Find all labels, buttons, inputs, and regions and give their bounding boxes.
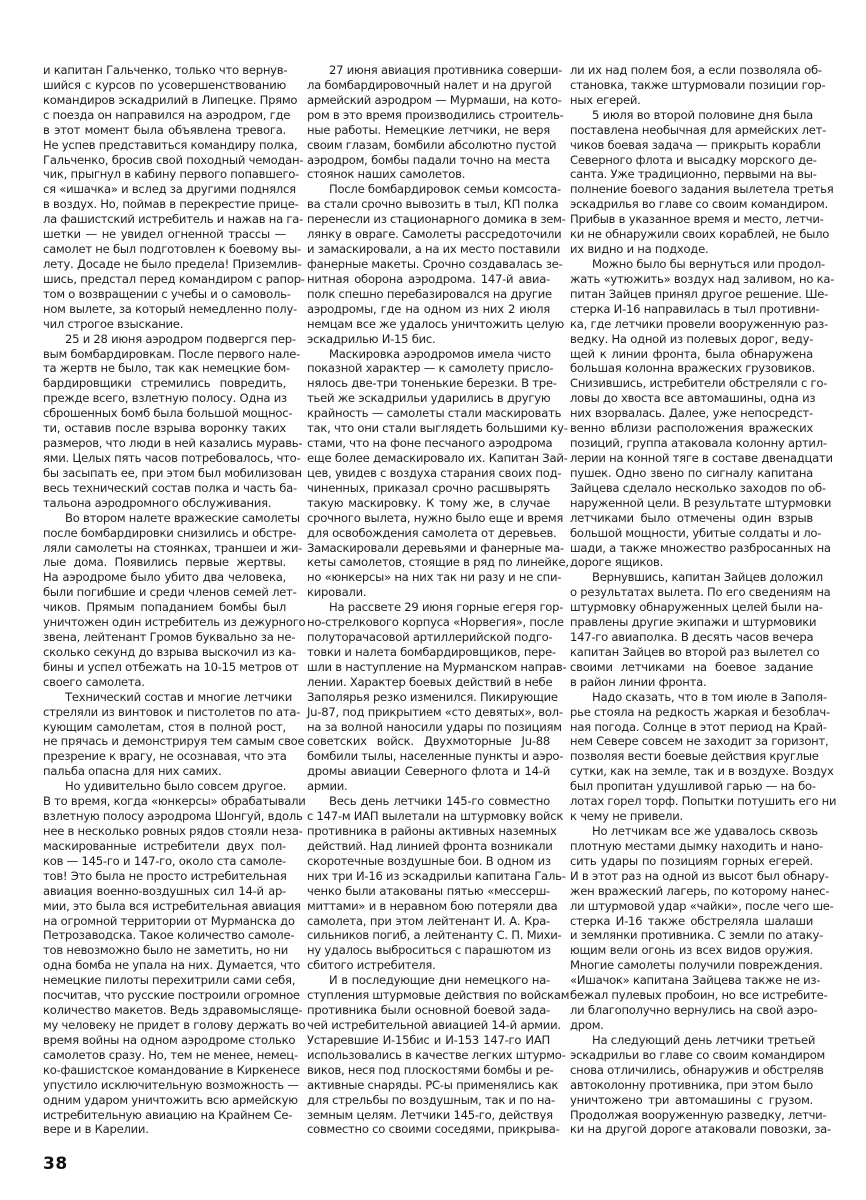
text-line: ков — 145-го и 147-го, около ста самоле- bbox=[43, 854, 286, 869]
text-line: еще более демаскировало их. Капитан Зай- bbox=[307, 451, 550, 466]
text-line: Но удивительно было совсем другое. bbox=[43, 779, 286, 794]
text-line: для освобождения самолета от деревьев. bbox=[307, 526, 550, 541]
text-line: ли их над полем боя, а если позволяла об… bbox=[570, 63, 813, 78]
text-line: ки на другой дороге атаковали повозки, з… bbox=[570, 1122, 813, 1137]
text-line: противника в районы активных наземных bbox=[307, 824, 550, 839]
text-line: крайность — самолеты стали маскировать bbox=[307, 406, 550, 421]
paragraph: Маскировка аэродромов имела чистопоказно… bbox=[307, 347, 550, 601]
text-line: время войны на одном аэродроме столько bbox=[43, 1033, 286, 1048]
text-line: авиация военно-воздушных сил 14-й ар- bbox=[43, 884, 286, 899]
text-line: своими летчиками на боевое задание bbox=[570, 660, 813, 675]
text-line: немцам все же удалось уничтожить целую bbox=[307, 317, 550, 332]
text-line: ром в это время производились строитель- bbox=[307, 108, 550, 123]
page-number: 38 bbox=[43, 1154, 68, 1174]
text-line: прежде всего, взлетную полосу. Одна из bbox=[43, 391, 286, 406]
text-line: армейский аэродром — Мурмаши, на кото- bbox=[307, 93, 550, 108]
text-line: ли штурмовой удар «чайки», после чего ше… bbox=[570, 899, 813, 914]
text-line: вере и в Карелии. bbox=[43, 1122, 286, 1137]
text-line: в этот момент была объявлена тревога. bbox=[43, 123, 286, 138]
text-line: одна бомба не упала на них. Думается, чт… bbox=[43, 958, 286, 973]
text-line: наруженной цели. В результате штурмовки bbox=[570, 496, 813, 511]
text-line: эскадрильи во главе со своим командиром bbox=[570, 1048, 813, 1063]
text-line: упустило исключительную возможность — bbox=[43, 1078, 286, 1093]
text-line: к чему не привели. bbox=[570, 809, 813, 824]
text-line: становка, также штурмовали позиции гор- bbox=[570, 78, 813, 93]
text-line: с поезда он направился на аэродром, где bbox=[43, 108, 286, 123]
text-line: Северного флота и высадку морского де- bbox=[570, 153, 813, 168]
text-line: 27 июня авиация противника соверши- bbox=[307, 63, 550, 78]
text-line: не прячась и демонстрируя тем самым свое bbox=[43, 734, 286, 749]
text-line: снова отличились, обнаружив и обстреляв bbox=[570, 1063, 813, 1078]
paragraph: После бомбардировок семьи комсоста-ва ст… bbox=[307, 182, 550, 346]
text-line: уничтожено три автомашины с грузом. bbox=[570, 1093, 813, 1108]
paragraph: Весь день летчики 145-го совместнос 147-… bbox=[307, 794, 550, 973]
text-line: чиков боевая задача — прикрыть корабли bbox=[570, 138, 813, 153]
text-line: Продолжая вооруженную разведку, летчи- bbox=[570, 1108, 813, 1123]
paragraph: Можно было бы вернуться или продол-жать … bbox=[570, 257, 813, 570]
paragraph: и капитан Гальченко, только что вернув-ш… bbox=[43, 63, 286, 332]
text-line: самолета, при этом лейтенант И. А. Кра- bbox=[307, 914, 550, 929]
text-line: автоколонну противника, при этом было bbox=[570, 1078, 813, 1093]
text-line: Но летчикам все же удавалось сквозь bbox=[570, 824, 813, 839]
text-line: ющим вели огонь из всех видов оружия. bbox=[570, 943, 813, 958]
text-line: кировали. bbox=[307, 585, 550, 600]
paragraph: 5 июля во второй половине дня былапостав… bbox=[570, 108, 813, 257]
text-line: сильников погиб, а лейтенанту С. П. Михи… bbox=[307, 928, 550, 943]
text-line: тьей же эскадрильи ударились в другую bbox=[307, 391, 550, 406]
text-line: противника были основной боевой зада- bbox=[307, 1003, 550, 1018]
text-line: командиров эскадрилий в Липецке. Прямо bbox=[43, 93, 286, 108]
text-line: стреляли из винтовок и пистолетов по ата… bbox=[43, 705, 286, 720]
text-line: позиций, группа атаковала колонну артил- bbox=[570, 436, 813, 451]
text-line: ко-фашистское командование в Киркенесе bbox=[43, 1063, 286, 1078]
text-column-3: ли их над полем боя, а если позволяла об… bbox=[570, 63, 813, 1137]
text-line: на огромной территории от Мурманска до bbox=[43, 914, 286, 929]
text-line: пальба опасна для них самих. bbox=[43, 764, 286, 779]
text-line: Замаскировали деревьями и фанерные ма- bbox=[307, 541, 550, 556]
text-line: армии. bbox=[307, 779, 550, 794]
text-line: шетки — не увидел огненной трассы — bbox=[43, 227, 286, 242]
text-line: бины и успел отбежать на 10-15 метров от bbox=[43, 660, 286, 675]
text-line: стами, что на фоне песчаного аэродрома bbox=[307, 436, 550, 451]
text-line: сколько секунд до взрыва выскочил из ка- bbox=[43, 645, 286, 660]
text-line: щей к линии фронта, была обнаружена bbox=[570, 347, 813, 362]
text-line: в воздух. Но, поймав в перекрестие прице… bbox=[43, 197, 286, 212]
text-line: ла бомбардировочный налет и на другой bbox=[307, 78, 550, 93]
text-line: взлетную полосу аэродрома Шонгуй, вдоль bbox=[43, 809, 286, 824]
text-line: фанерные макеты. Срочно создавалась зе- bbox=[307, 257, 550, 272]
text-line: одним ударом уничтожить всю армейскую bbox=[43, 1093, 286, 1108]
text-line: активные снаряды. РС-ы применялись как bbox=[307, 1078, 550, 1093]
text-line: пушек. Одно звено по сигналу капитана bbox=[570, 466, 813, 481]
text-line: Во втором налете вражеские самолеты bbox=[43, 511, 286, 526]
paragraph: ли их над полем боя, а если позволяла об… bbox=[570, 63, 813, 108]
text-line: полуторачасовой артиллерийской подго- bbox=[307, 630, 550, 645]
text-line: дромы авиации Северного флота и 14-й bbox=[307, 764, 550, 779]
text-line: действий. Над линией фронта возникали bbox=[307, 839, 550, 854]
text-line: их видно и на подходе. bbox=[570, 242, 813, 257]
text-line: лые дома. Появились первые жертвы. bbox=[43, 555, 286, 570]
text-line: бежал пулевых пробоин, но все истребите- bbox=[570, 988, 813, 1003]
text-line: ти, оставив после взрыва воронку таких bbox=[43, 421, 286, 436]
text-line: венно вблизи расположения вражеских bbox=[570, 421, 813, 436]
text-line: полк спешно перебазировался на другие bbox=[307, 287, 550, 302]
text-line: чей истребительной авиацией 14-й армии. bbox=[307, 1018, 550, 1033]
text-line: срочного вылета, нужно было еще и время bbox=[307, 511, 550, 526]
text-line: Весь день летчики 145-го совместно bbox=[307, 794, 550, 809]
text-line: звена, лейтенант Громов буквально за не- bbox=[43, 630, 286, 645]
text-line: нем Севере совсем не заходит за горизонт… bbox=[570, 734, 813, 749]
text-line: На аэродроме было убито два человека, bbox=[43, 570, 286, 585]
text-line: эскадрилью И-15 бис. bbox=[307, 332, 550, 347]
text-line: поставлена необычная для армейских лет- bbox=[570, 123, 813, 138]
text-line: шли в наступление на Мурманском направ- bbox=[307, 660, 550, 675]
text-line: немецкие пилоты перехитрили сами себя, bbox=[43, 973, 286, 988]
text-line: Петрозаводска. Такое количество самоле- bbox=[43, 928, 286, 943]
text-line: так, что они стали выглядеть большими ку… bbox=[307, 421, 550, 436]
text-line: виков, неся под плоскостями бомбы и ре- bbox=[307, 1063, 550, 1078]
text-line: жать «утюжить» воздух над заливом, но ка… bbox=[570, 272, 813, 287]
text-line: бы засыпать ее, при этом был мобилизован bbox=[43, 466, 286, 481]
text-line: ляли самолеты на стоянках, траншеи и жи- bbox=[43, 541, 286, 556]
text-line: лении. Характер боевых действий в небе bbox=[307, 675, 550, 690]
text-line: Не успев представиться командиру полка, bbox=[43, 138, 286, 153]
text-line: кующим самолетам, стоя в полной рост, bbox=[43, 720, 286, 735]
text-line: Маскировка аэродромов имела чисто bbox=[307, 347, 550, 362]
text-line: них три И-16 из эскадрильи капитана Галь… bbox=[307, 869, 550, 884]
text-line: Вернувшись, капитан Зайцев доложил bbox=[570, 570, 813, 585]
paragraph: 27 июня авиация противника соверши-ла бо… bbox=[307, 63, 550, 182]
paragraph: Во втором налете вражеские самолетыпосле… bbox=[43, 511, 286, 690]
text-line: стерка И-16 направилась в тыл противни- bbox=[570, 302, 813, 317]
text-line: сутки, как на земле, так и в воздухе. Во… bbox=[570, 764, 813, 779]
paragraph: И в последующие дни немецкого на-ступлен… bbox=[307, 973, 550, 1137]
text-line: истребительную авиацию на Крайнем Се- bbox=[43, 1108, 286, 1123]
text-line: сбитого истребителя. bbox=[307, 958, 550, 973]
text-line: количество макетов. Ведь здравомысляще- bbox=[43, 1003, 286, 1018]
text-line: питан Зайцев принял другое решение. Ше- bbox=[570, 287, 813, 302]
text-line: своим глазам, бомбили абсолютно пустой bbox=[307, 138, 550, 153]
text-line: Устаревшие И-15бис и И-153 147-го ИАП bbox=[307, 1033, 550, 1048]
text-line: стоянок наших самолетов. bbox=[307, 167, 550, 182]
text-line: были погибшие и среди членов семей лет- bbox=[43, 585, 286, 600]
text-line: нитная оборона аэродрома. 147-й авиа- bbox=[307, 272, 550, 287]
text-line: показной характер — к самолету присло- bbox=[307, 361, 550, 376]
text-line: самолет не был подготовлен к боевому вы- bbox=[43, 242, 286, 257]
text-line: рье стояла на редкость жаркая и безоблач… bbox=[570, 705, 813, 720]
text-line: лету. Досаде не было предела! Приземлив- bbox=[43, 257, 286, 272]
text-line: аэродромы, где на одном из них 2 июля bbox=[307, 302, 550, 317]
text-line: сить удары по позициям горных егерей. bbox=[570, 854, 813, 869]
text-line: лотах горел торф. Попытки потушить его н… bbox=[570, 794, 813, 809]
text-line: ловы до хвоста все автомашины, одна из bbox=[570, 391, 813, 406]
paragraph: На рассвете 29 июня горные егеря гор-но-… bbox=[307, 600, 550, 794]
text-line: такую маскировку. К тому же, в случае bbox=[307, 496, 550, 511]
text-line: ступления штурмовые действия по войскам bbox=[307, 988, 550, 1003]
text-line: с 147-м ИАП вылетали на штурмовку войск bbox=[307, 809, 550, 824]
magazine-page: и капитан Гальченко, только что вернув-ш… bbox=[0, 0, 866, 1200]
text-line: большой мощности, убитые солдаты и ло- bbox=[570, 526, 813, 541]
text-line: Снизившись, истребители обстреляли с го- bbox=[570, 376, 813, 391]
text-line: ла фашистский истребитель и нажав на га- bbox=[43, 212, 286, 227]
text-line: ка, где летчики провели вооруженную раз- bbox=[570, 317, 813, 332]
paragraph: Надо сказать, что в том июле в Заполя-рь… bbox=[570, 690, 813, 824]
text-line: использовались в качестве легких штурмо- bbox=[307, 1048, 550, 1063]
text-line: штурмовку обнаруженных целей были на- bbox=[570, 600, 813, 615]
text-line: му человеку не придет в голову держать в… bbox=[43, 1018, 286, 1033]
paragraph: Но удивительно было совсем другое.В то в… bbox=[43, 779, 286, 1137]
text-line: тальона аэродромного обслуживания. bbox=[43, 496, 286, 511]
text-line: На рассвете 29 июня горные егеря гор- bbox=[307, 600, 550, 615]
text-line: Многие самолеты получили повреждения. bbox=[570, 958, 813, 973]
text-line: эскадрилья во главе со своим командиром. bbox=[570, 197, 813, 212]
text-line: полнение боевого задания вылетела третья bbox=[570, 182, 813, 197]
text-line: ки не обнаружили своих кораблей, не было bbox=[570, 227, 813, 242]
text-line: посчитав, что русские построили огромное bbox=[43, 988, 286, 1003]
text-line: ну удалось выброситься с парашютом из bbox=[307, 943, 550, 958]
text-line: миттами» и в неравном бою потеряли два bbox=[307, 899, 550, 914]
text-line: нялось две-три тоненькие березки. В тре- bbox=[307, 376, 550, 391]
text-line: шади, а также множество разбросанных на bbox=[570, 541, 813, 556]
text-line: Заполярья резко изменился. Пикирующие bbox=[307, 690, 550, 705]
text-line: Технический состав и многие летчики bbox=[43, 690, 286, 705]
text-line: ном вылете, за который немедленно полу- bbox=[43, 302, 286, 317]
text-line: ли благополучно вернулись на свой аэро- bbox=[570, 1003, 813, 1018]
text-line: шийся с курсов по усовершенствованию bbox=[43, 78, 286, 93]
text-line: 147-го авиаполка. В десять часов вечера bbox=[570, 630, 813, 645]
text-line: ных егерей. bbox=[570, 93, 813, 108]
text-line: нее в несколько ровных рядов стояли неза… bbox=[43, 824, 286, 839]
paragraph: Вернувшись, капитан Зайцев доложило резу… bbox=[570, 570, 813, 689]
text-line: И в последующие дни немецкого на- bbox=[307, 973, 550, 988]
text-line: Зайцева сделало несколько заходов по об- bbox=[570, 481, 813, 496]
text-line: аэродром, бомбы падали точно на места bbox=[307, 153, 550, 168]
text-line: ные работы. Немецкие летчики, не веря bbox=[307, 123, 550, 138]
text-line: стерка И-16 также обстреляла шалаши bbox=[570, 914, 813, 929]
text-line: том о возвращении с учебы и о самоволь- bbox=[43, 287, 286, 302]
text-line: на за волной наносили удары по позициям bbox=[307, 720, 550, 735]
text-line: позволяя вести боевые действия круглые bbox=[570, 749, 813, 764]
text-line: цев, увидев с воздуха старания своих под… bbox=[307, 466, 550, 481]
paragraph: На следующий день летчики третьейэскадри… bbox=[570, 1033, 813, 1137]
text-line: после бомбардировки снизились и обстре- bbox=[43, 526, 286, 541]
text-line: но-стрелкового корпуса «Норвегия», после bbox=[307, 615, 550, 630]
text-line: о результатах вылета. По его сведениям н… bbox=[570, 585, 813, 600]
text-line: дороге ящиков. bbox=[570, 555, 813, 570]
text-line: товки и налета бомбардировщиков, пере- bbox=[307, 645, 550, 660]
text-line: шись, предстал перед командиром с рапор- bbox=[43, 272, 286, 287]
text-line: ведку. На одной из полевых дорог, веду- bbox=[570, 332, 813, 347]
text-line: Можно было бы вернуться или продол- bbox=[570, 257, 813, 272]
text-line: размеров, что люди в ней казались муравь… bbox=[43, 436, 286, 451]
text-line: санта. Уже традиционно, первыми на вы- bbox=[570, 167, 813, 182]
text-line: перенесли из стационарного домика в зем- bbox=[307, 212, 550, 227]
text-line: но «юнкерсы» на них так ни разу и не спи… bbox=[307, 570, 550, 585]
text-line: После бомбардировок семьи комсоста- bbox=[307, 182, 550, 197]
text-line: них взорвалась. Далее, уже непосредст- bbox=[570, 406, 813, 421]
text-line: В то время, когда «юнкерсы» обрабатывали bbox=[43, 794, 286, 809]
text-line: Гальченко, бросив свой походный чемодан- bbox=[43, 153, 286, 168]
text-line: советских войск. Двухмоторные Ju-88 bbox=[307, 734, 550, 749]
text-line: ная погода. Солнце в этот период на Край… bbox=[570, 720, 813, 735]
text-line: Ju-87, под прикрытием «сто девятых», вол… bbox=[307, 705, 550, 720]
text-line: «Ишачок» капитана Зайцева также не из- bbox=[570, 973, 813, 988]
paragraph: 25 и 28 июня аэродром подвергся пер-вым … bbox=[43, 332, 286, 511]
text-line: своего самолета. bbox=[43, 675, 286, 690]
text-line: жен вражеский лагерь, по которому нанес- bbox=[570, 884, 813, 899]
text-line: и капитан Гальченко, только что вернув- bbox=[43, 63, 286, 78]
text-line: правлены другие экипажи и штурмовики bbox=[570, 615, 813, 630]
text-line: совместно со своими соседями, прикрыва- bbox=[307, 1122, 550, 1137]
text-line: лянку в овраге. Самолеты рассредоточили bbox=[307, 227, 550, 242]
text-line: ями. Целых пять часов потребовалось, что… bbox=[43, 451, 286, 466]
text-line: и замаскировали, а на их место поставили bbox=[307, 242, 550, 257]
paragraph: Но летчикам все же удавалось сквозьплотн… bbox=[570, 824, 813, 1033]
text-line: капитан Зайцев во второй раз вылетел со bbox=[570, 645, 813, 660]
text-line: тов! Это была не просто истребительная bbox=[43, 869, 286, 884]
text-line: кеты самолетов, стоящие в ряд по линейке… bbox=[307, 555, 550, 570]
text-line: в район линии фронта. bbox=[570, 675, 813, 690]
text-line: бомбили тылы, населенные пункты и аэро- bbox=[307, 749, 550, 764]
text-line: был пропитан удушливой гарью — на бо- bbox=[570, 779, 813, 794]
text-line: и землянки противника. С земли по атаку- bbox=[570, 928, 813, 943]
text-line: вым бомбардировкам. После первого нале- bbox=[43, 347, 286, 362]
text-line: ва стали срочно вывозить в тыл, КП полка bbox=[307, 197, 550, 212]
text-line: для стрельбы по воздушным, так и по на- bbox=[307, 1093, 550, 1108]
text-line: чик, прыгнул в кабину первого попавшего- bbox=[43, 167, 286, 182]
text-line: летчиками было отмечены один взрыв bbox=[570, 511, 813, 526]
text-line: скоротечные воздушные бои. В одном из bbox=[307, 854, 550, 869]
text-line: маскированные истребители двух пол- bbox=[43, 839, 286, 854]
text-line: земным целям. Летчики 145-го, действуя bbox=[307, 1108, 550, 1123]
text-line: дром. bbox=[570, 1018, 813, 1033]
text-line: та жертв не было, так как немецкие бом- bbox=[43, 361, 286, 376]
text-line: презрение к врагу, не осознавая, что эта bbox=[43, 749, 286, 764]
text-line: чиков. Прямым попаданием бомбы был bbox=[43, 600, 286, 615]
text-line: Надо сказать, что в том июле в Заполя- bbox=[570, 690, 813, 705]
text-line: тов невозможно было не заметить, но ни bbox=[43, 943, 286, 958]
text-line: И в этот раз на одной из высот был обнар… bbox=[570, 869, 813, 884]
text-line: уничтожен один истребитель из дежурного bbox=[43, 615, 286, 630]
text-column-1: и капитан Гальченко, только что вернув-ш… bbox=[43, 63, 286, 1137]
text-column-2: 27 июня авиация противника соверши-ла бо… bbox=[307, 63, 550, 1137]
text-line: ченко были атакованы пятью «мессерш- bbox=[307, 884, 550, 899]
text-line: самолетов сразу. Но, тем не менее, немец… bbox=[43, 1048, 286, 1063]
text-line: лерии на конной тяге в составе двенадцат… bbox=[570, 451, 813, 466]
text-line: чил строгое взыскание. bbox=[43, 317, 286, 332]
text-line: весь технический состав полка и часть ба… bbox=[43, 481, 286, 496]
text-line: чиненных, приказал срочно расшвырять bbox=[307, 481, 550, 496]
text-line: большая колонна вражеских грузовиков. bbox=[570, 361, 813, 376]
paragraph: Технический состав и многие летчикистрел… bbox=[43, 690, 286, 780]
text-line: сброшенных бомб была большой мощнос- bbox=[43, 406, 286, 421]
text-line: На следующий день летчики третьей bbox=[570, 1033, 813, 1048]
text-line: мии, это была вся истребительная авиация bbox=[43, 899, 286, 914]
text-line: бардировщики стремились повредить, bbox=[43, 376, 286, 391]
text-line: Прибыв в указанное время и место, летчи- bbox=[570, 212, 813, 227]
text-line: 5 июля во второй половине дня была bbox=[570, 108, 813, 123]
text-line: 25 и 28 июня аэродром подвергся пер- bbox=[43, 332, 286, 347]
text-line: ся «ишачка» и вслед за другими поднялся bbox=[43, 182, 286, 197]
text-line: плотную местами дымку находить и нано- bbox=[570, 839, 813, 854]
